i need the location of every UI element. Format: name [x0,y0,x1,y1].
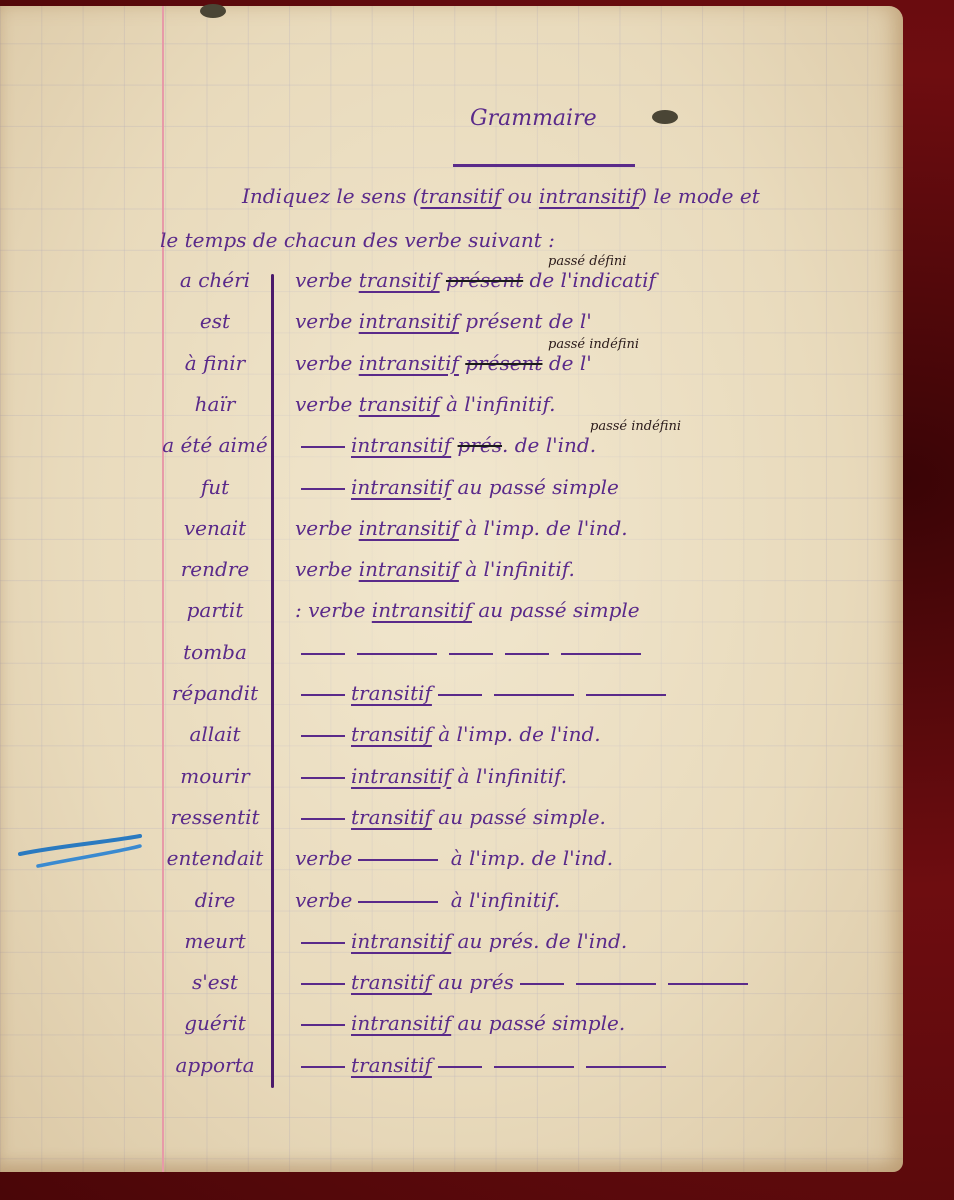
verb-analysis: verbe intransitif à l'infinitif. [295,557,575,581]
blank-line [494,694,574,696]
blank-line [301,488,345,490]
teacher-correction: passé défini [548,254,626,269]
verb-row: mouririntransitif à l'infinitif. [0,764,903,804]
instr-suffix: ) le mode et [639,184,760,208]
verb-analysis: transitif au passé simple. [295,805,606,829]
verb-row: futintransitif au passé simple [0,475,903,515]
teacher-correction: passé indéfini [590,419,681,434]
blue-pencil-mark [18,832,143,872]
blank-line [438,694,482,696]
notebook-page: Grammaire Indiquez le sens (transitif ou… [0,6,903,1172]
instructions-line-1: Indiquez le sens (transitif ou intransit… [242,184,760,208]
blank-line [301,1024,345,1026]
blank-line [358,901,438,903]
blank-line [449,653,493,655]
verb-label: est [160,309,270,333]
verb-row: apportatransitif [0,1053,903,1093]
verb-label: ressentit [160,805,270,829]
title-underline [453,164,635,167]
blank-line [494,1066,574,1068]
verb-label: à finir [160,351,270,375]
page-title: Grammaire [470,106,597,131]
blank-line [505,653,549,655]
verb-analysis: intransitif au passé simple [295,475,619,499]
verb-row: répandittransitif [0,681,903,721]
verb-analysis: intransitif au passé simple. [295,1011,625,1035]
verb-label: apporta [160,1053,270,1077]
blank-line [301,983,345,985]
verb-analysis: verbe à l'imp. de l'ind. [295,846,613,870]
verb-row: partit: verbe intransitif au passé simpl… [0,598,903,638]
blank-line [301,818,345,820]
verb-label: allait [160,722,270,746]
verb-row: rendreverbe intransitif à l'infinitif. [0,557,903,597]
verb-label: dire [160,888,270,912]
verb-row: à finirverbe intransitif présent de l'pa… [0,351,903,391]
blank-line [438,1066,482,1068]
verb-row: haïrverbe transitif à l'infinitif. [0,392,903,432]
verb-analysis: transitif [295,681,672,705]
verb-label: s'est [160,970,270,994]
verb-row: a chériverbe transitif présent de l'indi… [0,268,903,308]
verb-label: partit [160,598,270,622]
verb-row: meurtintransitif au prés. de l'ind. [0,929,903,969]
verb-row: s'esttransitif au prés [0,970,903,1010]
blank-line [301,1066,345,1068]
struck-word: présent [465,351,542,375]
verb-analysis: verbe intransitif à l'imp. de l'ind. [295,516,628,540]
verb-label: tomba [160,640,270,664]
verb-analysis: intransitif prés. de l'ind. [295,433,596,457]
blank-line [586,694,666,696]
verb-analysis: transitif au prés [295,970,754,994]
ink-blot-top [200,4,226,18]
verb-analysis: verbe à l'infinitif. [295,888,560,912]
blank-line [561,653,641,655]
verb-label: venait [160,516,270,540]
verb-label: répandit [160,681,270,705]
verb-analysis: transitif à l'imp. de l'ind. [295,722,601,746]
verb-analysis [295,640,647,664]
instr-transitif: transitif [420,184,501,208]
instr-intransitif: intransitif [539,184,639,208]
verb-row: venaitverbe intransitif à l'imp. de l'in… [0,516,903,556]
verb-analysis: verbe intransitif présent de l' [295,309,592,333]
verb-row: tomba [0,640,903,680]
instructions-line-2: le temps de chacun des verbe suivant : [160,228,555,252]
blank-line [520,983,564,985]
verb-analysis: intransitif à l'infinitif. [295,764,567,788]
verb-row: a été aiméintransitif prés. de l'ind.pas… [0,433,903,473]
blank-line [301,694,345,696]
verb-analysis: verbe transitif présent de l'indicatif [295,268,656,292]
verb-label: a été aimé [160,433,270,457]
blank-line [358,859,438,861]
verb-label: rendre [160,557,270,581]
blank-line [586,1066,666,1068]
verb-label: haïr [160,392,270,416]
blank-line [301,446,345,448]
verb-row: allaittransitif à l'imp. de l'ind. [0,722,903,762]
verb-analysis: verbe intransitif présent de l' [295,351,592,375]
blank-line [668,983,748,985]
struck-word: prés [458,433,502,457]
blank-line [301,653,345,655]
teacher-correction: passé indéfini [548,337,639,352]
blank-line [357,653,437,655]
verb-analysis: transitif [295,1053,672,1077]
verb-analysis: intransitif au prés. de l'ind. [295,929,627,953]
verb-row: direverbe à l'infinitif. [0,888,903,928]
verb-analysis: verbe transitif à l'infinitif. [295,392,556,416]
instr-ou: ou [501,184,539,208]
instr-prefix: Indiquez le sens ( [242,184,420,208]
blank-line [301,777,345,779]
verb-label: mourir [160,764,270,788]
struck-word: présent [446,268,523,292]
verb-row: estverbe intransitif présent de l' [0,309,903,349]
verb-label: meurt [160,929,270,953]
blank-line [301,735,345,737]
verb-label: fut [160,475,270,499]
verb-label: entendait [160,846,270,870]
verb-label: guérit [160,1011,270,1035]
blank-line [576,983,656,985]
verb-label: a chéri [160,268,270,292]
blank-line [301,942,345,944]
ink-blot-title [652,110,678,124]
verb-analysis: : verbe intransitif au passé simple [295,598,640,622]
verb-row: guéritintransitif au passé simple. [0,1011,903,1051]
